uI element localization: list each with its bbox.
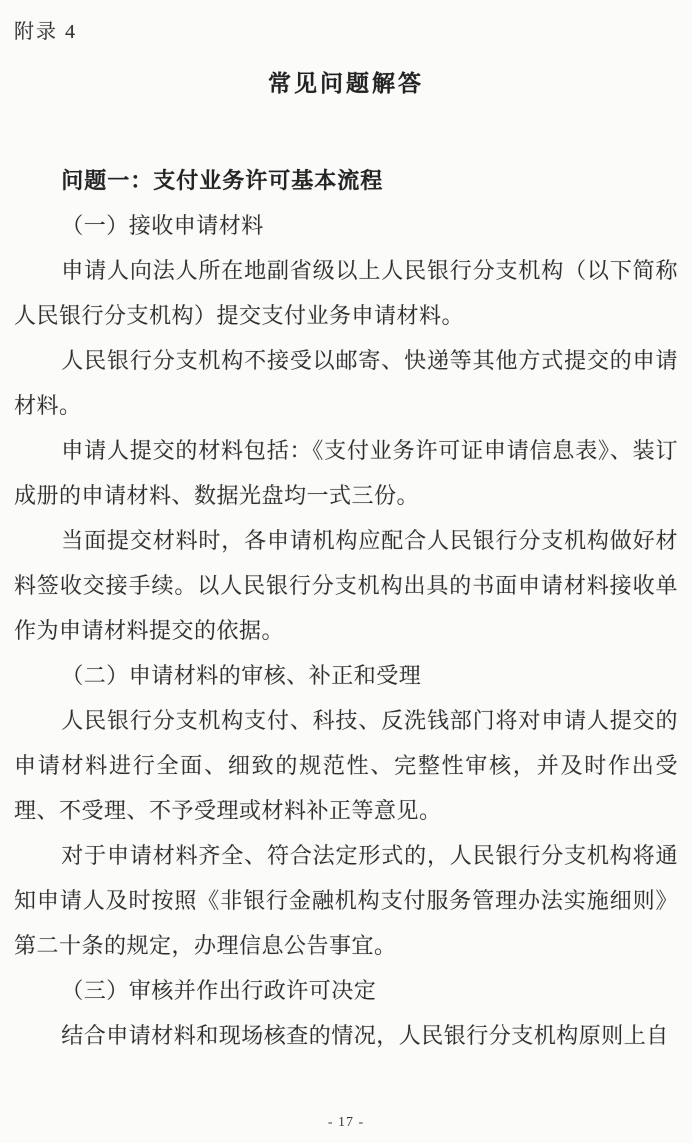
paragraph-subsection-1: （一）接收申请材料 (14, 203, 678, 248)
page-number: - 17 - (0, 1115, 692, 1131)
paragraph: 人民银行分支机构不接受以邮寄、快递等其他方式提交的申请材料。 (14, 338, 678, 428)
paragraph: 结合申请材料和现场核查的情况，人民银行分支机构原则上自 (14, 1013, 678, 1058)
paragraph-subsection-2: （二）申请材料的审核、补正和受理 (14, 653, 678, 698)
paragraph: 当面提交材料时，各申请机构应配合人民银行分支机构做好材料签收交接手续。以人民银行… (14, 518, 678, 653)
paragraph: 人民银行分支机构支付、科技、反洗钱部门将对申请人提交的申请材料进行全面、细致的规… (14, 698, 678, 833)
document-body: 问题一：支付业务许可基本流程 （一）接收申请材料 申请人向法人所在地副省级以上人… (14, 158, 678, 1058)
paragraph: 申请人向法人所在地副省级以上人民银行分支机构（以下简称人民银行分支机构）提交支付… (14, 248, 678, 338)
paragraph-subsection-3: （三）审核并作出行政许可决定 (14, 968, 678, 1013)
paragraph: 申请人提交的材料包括：《支付业务许可证申请信息表》、装订成册的申请材料、数据光盘… (14, 428, 678, 518)
appendix-label: 附录 4 (14, 18, 678, 46)
section-heading-question-1: 问题一：支付业务许可基本流程 (14, 158, 678, 203)
document-page: 附录 4 常见问题解答 问题一：支付业务许可基本流程 （一）接收申请材料 申请人… (0, 0, 692, 1143)
paragraph: 对于申请材料齐全、符合法定形式的，人民银行分支机构将通知申请人及时按照《非银行金… (14, 833, 678, 968)
page-title: 常见问题解答 (14, 68, 678, 98)
